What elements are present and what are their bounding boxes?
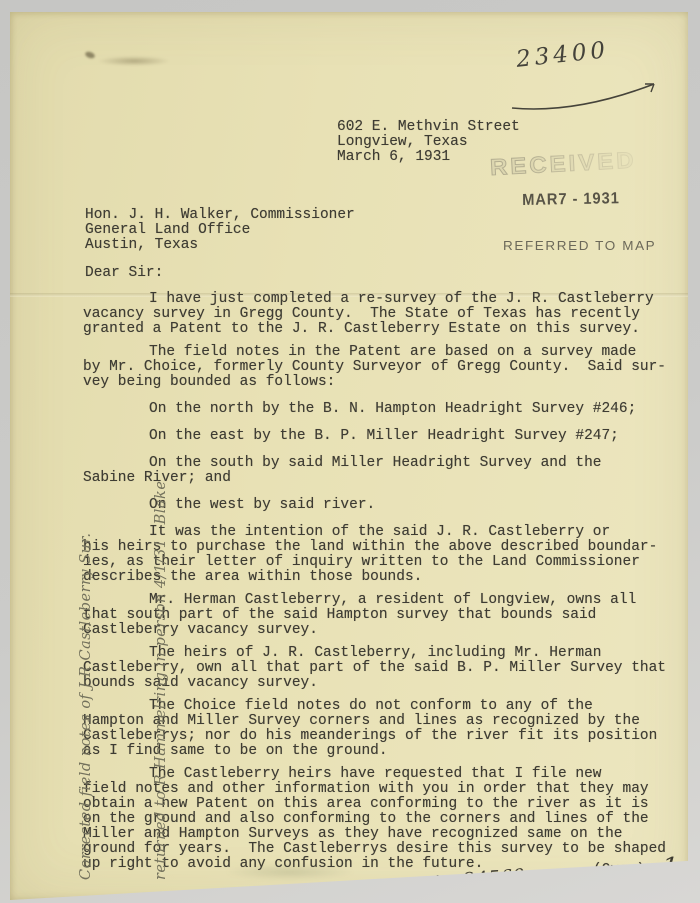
margin-annotation-signature: Blake [153, 481, 169, 525]
archive-number-underline [506, 64, 671, 119]
salutation: Dear Sir: [85, 266, 163, 281]
letter-line: vacancy survey in Gregg County. The Stat… [83, 307, 683, 322]
letter-line: On the north by the B. N. Hampton Headri… [83, 402, 683, 417]
letter-date: March 6, 1931 [337, 150, 520, 165]
sender-street: 602 E. Methvin Street [337, 120, 520, 135]
referred-to-map-stamp: REFERRED TO MAP [503, 238, 656, 252]
letter-line: The field notes in the Patent are based … [83, 345, 683, 360]
ink-smudge [98, 56, 170, 66]
page-number: 1 [661, 851, 679, 881]
letter-line: vey being bounded as follows: [83, 375, 683, 390]
recipient-office: General Land Office [85, 223, 355, 238]
margin-annotation-line-1: Corrected field notes of J R Castleberry… [74, 440, 99, 880]
letter-page: 23400 RECEIVED MAR7 - 1931 REFERRED TO M… [10, 12, 688, 900]
margin-annotation: Corrected field notes of J R Castleberry… [24, 440, 224, 880]
letter-line: granted a Patent to the J. R. Castleberr… [83, 322, 683, 337]
letter-line: I have just completed a re-survey of the… [83, 292, 683, 307]
over-note: (Over) [593, 863, 645, 878]
letter-line: by Mr. Choice, formerly County Surveyor … [83, 360, 683, 375]
boundary-clause-north: On the north by the B. N. Hampton Headri… [83, 402, 683, 417]
sender-city: Longview, Texas [337, 135, 520, 150]
ink-stain [84, 50, 95, 59]
recipient-name: Hon. J. H. Walker, Commissioner [85, 208, 355, 223]
date-stamp: MAR7 - 1931 [522, 190, 620, 210]
recipient-city: Austin, Texas [85, 238, 355, 253]
recipient-address-block: Hon. J. H. Walker, Commissioner General … [85, 208, 355, 253]
paragraph-1: I have just completed a re-survey of the… [83, 292, 683, 337]
margin-annotation-line-2: returned to R Hammelring in person 4/1/3… [149, 440, 174, 880]
sender-address-block: 602 E. Methvin Street Longview, Texas Ma… [337, 120, 520, 165]
paragraph-2: The field notes in the Patent are based … [83, 345, 683, 390]
